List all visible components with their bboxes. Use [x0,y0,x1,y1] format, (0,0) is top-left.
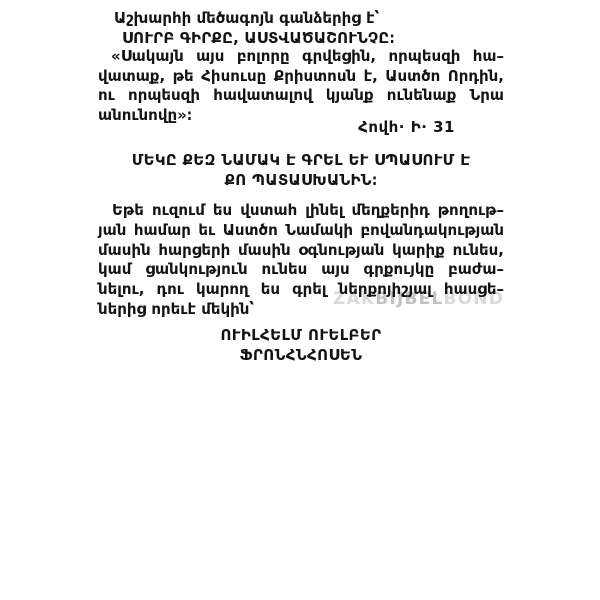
address-line: ՖՐՈՆՀՆՀՈՍԵՆ [98,345,504,365]
scripture-reference: Հովհ· Ի· 31 [98,118,504,137]
quote-paragraph: «Սակայն այս բոլորը գրվեցին, որպեսզի հա–վ… [98,47,504,125]
address-block: ՈՒԻԼՀԵԼՄ ՈՒԵԼԲԵՐՖՐՈՆՀՆՀՈՍԵՆ [98,325,504,365]
intro-line: Աշխարհի մեծագոյն գանձերից է՝ [98,9,504,29]
body-line: կամ ցանկություն ունես այս գրքույկը բաժա– [98,260,504,280]
body-paragraph: Եթե ուզում ես վստահ լինել մեղքերիդ թողու… [98,201,504,320]
heading-block: ՄԵԿԸ ՔԵԶ ՆԱՄԱԿ Է ԳՐԵԼ ԵՒ ՍՊԱՍՈՒՄ ԷՔՈ ՊԱՏ… [98,151,504,190]
body-line: նելու, դու կարող ես գրել ներքոյիշյալ հաս… [98,280,504,300]
body-line: յան համար եւ Աստծո Նամակի բովանդակության [98,221,504,241]
quote-line: ու որպեսզի հավատալով կյանք ունենաք Նրա [98,86,504,106]
address-line: ՈՒԻԼՀԵԼՄ ՈՒԵԼԲԵՐ [98,325,504,345]
book-title-line: ՍՈՒՐԲ ԳԻՐՔԸ, ԱՍՏՎԱԾԱՇՈՒՆՉԸ։ [98,29,504,49]
heading-line: ՄԵԿԸ ՔԵԶ ՆԱՄԱԿ Է ԳՐԵԼ ԵՒ ՍՊԱՍՈՒՄ Է [98,151,504,171]
body-line: մասին հարցերի մասին օգնության կարիք ունե… [98,241,504,261]
quote-line: վատաք, թե Հիսուսը Քրիստոսն է, Աստծո Որդի… [98,67,504,87]
body-line: Եթե ուզում ես վստահ լինել մեղքերիդ թողու… [98,201,504,221]
quote-line: «Սակայն այս բոլորը գրվեցին, որպեսզի հա– [98,47,504,67]
book-page: ZAKBIJBELBOND Աշխարհի մեծագոյն գանձերից … [0,0,600,600]
intro-block: Աշխարհի մեծագոյն գանձերից է՝ ՍՈՒՐԲ ԳԻՐՔԸ… [98,9,504,48]
heading-line: ՔՈ ՊԱՏԱՍԽԱՆԻՆ։ [98,171,504,191]
body-line: ներից որեւէ մեկին՝ [98,300,504,320]
